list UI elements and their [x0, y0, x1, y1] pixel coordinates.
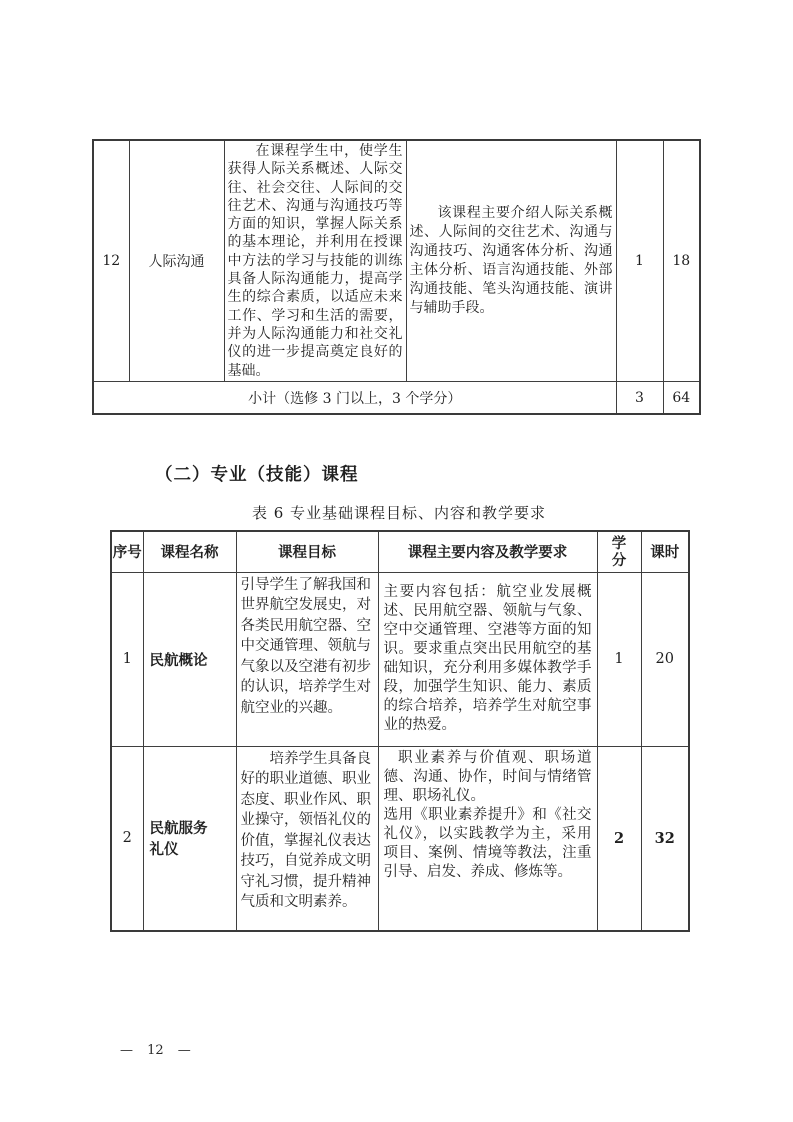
content-paragraph: 职业素养与价值观、职场道德、沟通、协作，时间与情绪管理、职场礼仪。	[384, 749, 592, 806]
table-caption: 表 6 专业基础课程目标、内容和教学要求	[110, 502, 688, 523]
col-header-credits: 学分	[597, 531, 641, 572]
professional-courses-table: 序号 课程名称 课程目标 课程主要内容及教学要求 学分 课时 1 民航概论 引导…	[110, 530, 690, 932]
cell-course-goal: 引导学生了解我国和世界航空发展史，对各类民用航空器、空中交通管理、领航与气象以及…	[236, 572, 378, 746]
cell-course-content: 职业素养与价值观、职场道德、沟通、协作，时间与情绪管理、职场礼仪。 选用《职业素…	[378, 746, 597, 931]
content-paragraph: 主要内容包括：航空业发展概述、民用航空器、领航与气象、空中交通管理、空港等方面的…	[384, 583, 592, 735]
cell-credits: 2	[597, 746, 641, 931]
section-heading: （二）专业（技能）课程	[155, 461, 359, 486]
cell-seq-no: 2	[111, 746, 143, 931]
table-row: 1 民航概论 引导学生了解我国和世界航空发展史，对各类民用航空器、空中交通管理、…	[111, 572, 689, 746]
cell-course-content: 主要内容包括：航空业发展概述、民用航空器、领航与气象、空中交通管理、空港等方面的…	[378, 572, 597, 746]
header-row: 序号 课程名称 课程目标 课程主要内容及教学要求 学分 课时	[111, 531, 689, 572]
cell-hours: 32	[641, 746, 689, 931]
col-header-goal: 课程目标	[236, 531, 378, 572]
col-header-hours: 课时	[641, 531, 689, 572]
subtotal-hours: 64	[663, 381, 700, 414]
page-number: — 12 —	[120, 1043, 191, 1058]
cell-hours: 20	[641, 572, 689, 746]
cell-credits: 1	[597, 572, 641, 746]
cell-seq-no: 1	[111, 572, 143, 746]
col-header-content: 课程主要内容及教学要求	[378, 531, 597, 572]
cell-course-name: 人际沟通	[129, 140, 224, 381]
credits-header-text: 学分	[610, 535, 627, 569]
table-row: 2 民航服务礼仪 培养学生具备良好的职业道德、职业态度、职业作风、职业操守，领悟…	[111, 746, 689, 931]
subtotal-credits: 3	[616, 381, 663, 414]
cell-credits: 1	[616, 140, 663, 381]
course-name-text: 民航服务礼仪	[150, 817, 212, 859]
cell-course-name: 民航服务礼仪	[143, 746, 236, 931]
cell-seq-no: 12	[93, 140, 129, 381]
subtotal-row: 小计（选修 3 门以上，3 个学分） 3 64	[93, 381, 700, 414]
content-paragraph: 选用《职业素养提升》和《社交礼仪》，以实践教学为主，采用项目、案例、情境等教法，…	[384, 806, 592, 882]
cell-course-name: 民航概论	[143, 572, 236, 746]
cell-course-goal: 培养学生具备良好的职业道德、职业态度、职业作风、职业操守，领悟礼仪的价值，掌握礼…	[236, 746, 378, 931]
subtotal-label: 小计（选修 3 门以上，3 个学分）	[93, 381, 616, 414]
table-row: 12 人际沟通 在课程学生中，使学生获得人际关系概述、人际交往、社会交往、人际间…	[93, 140, 700, 381]
col-header-course-name: 课程名称	[143, 531, 236, 572]
col-header-seq: 序号	[111, 531, 143, 572]
elective-courses-table: 12 人际沟通 在课程学生中，使学生获得人际关系概述、人际交往、社会交往、人际间…	[92, 139, 701, 415]
document-page: 12 人际沟通 在课程学生中，使学生获得人际关系概述、人际交往、社会交往、人际间…	[0, 0, 793, 1122]
cell-course-goal: 在课程学生中，使学生获得人际关系概述、人际交往、社会交往、人际间的交往艺术、沟通…	[224, 140, 406, 381]
course-name-text: 民航概论	[150, 649, 208, 670]
cell-course-content: 该课程主要介绍人际关系概述、人际间的交往艺术、沟通与沟通技巧、沟通客体分析、沟通…	[406, 140, 616, 381]
cell-hours: 18	[663, 140, 700, 381]
